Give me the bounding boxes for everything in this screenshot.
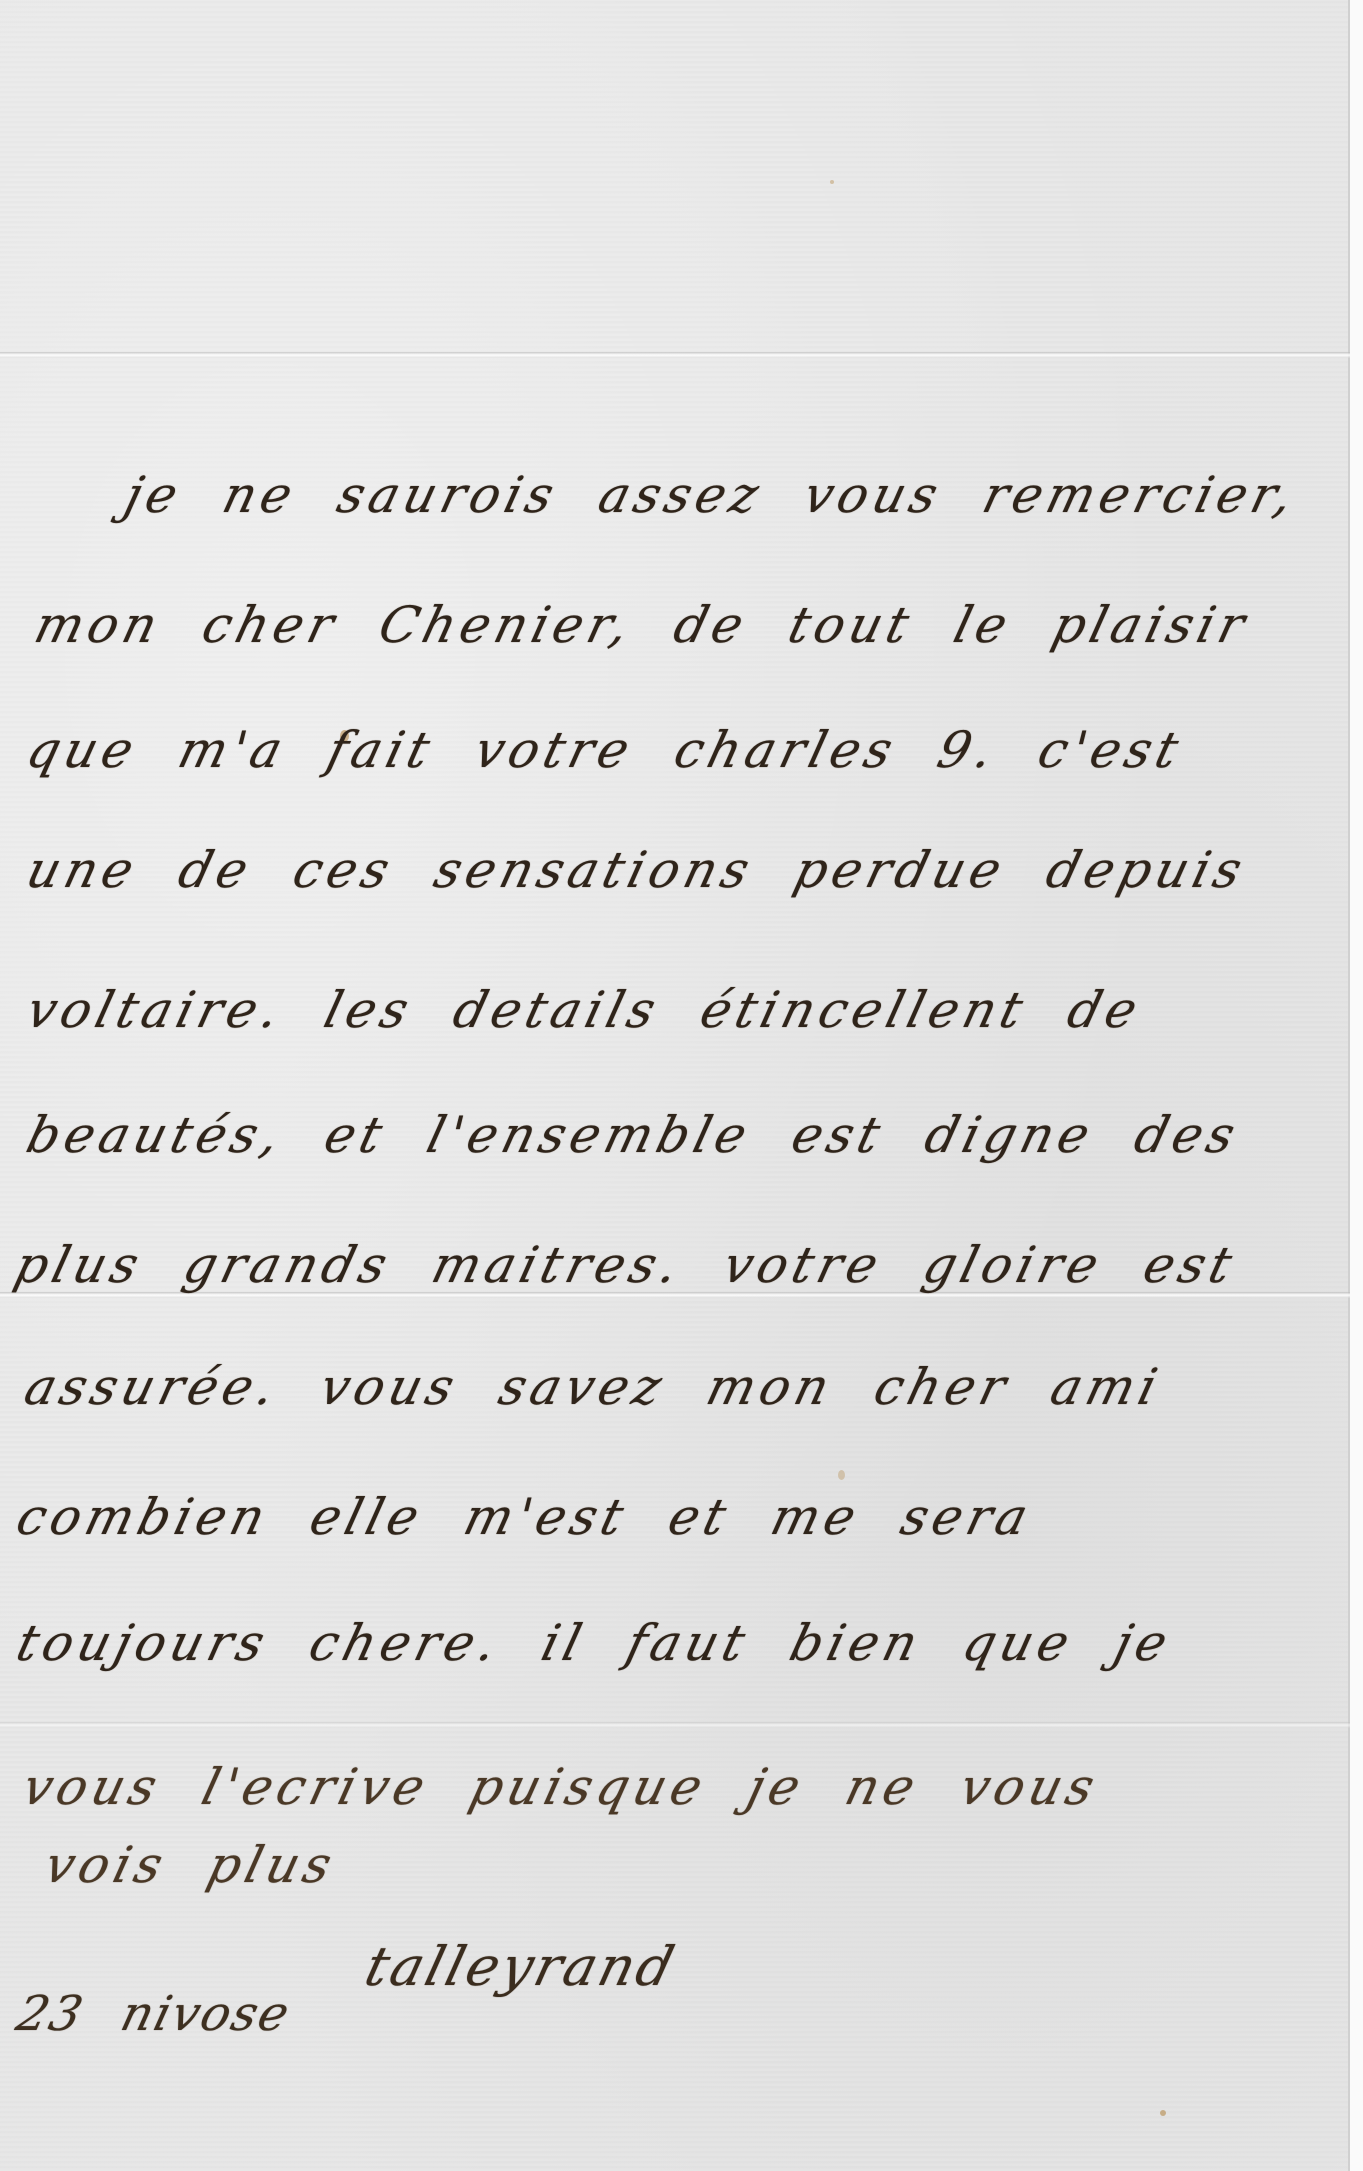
paper-fold (0, 1722, 1350, 1728)
letter-paper: je ne saurois assez vous remercier, mon … (0, 0, 1350, 2171)
letter-line-12: vois plus (40, 1840, 341, 1890)
ink-stain (830, 180, 834, 184)
letter-line-2: mon cher Chenier, de tout le plaisir (30, 600, 1254, 650)
paper-fold (0, 352, 1350, 358)
letter-line-1: je ne saurois assez vous remercier, (120, 470, 1303, 520)
letter-line-5: voltaire. les details étincellent de (22, 985, 1147, 1035)
letter-line-4: une de ces sensations perdue depuis (22, 845, 1251, 895)
letter-date: 23 nivose (12, 1990, 296, 2038)
letter-line-10: toujours chere. il faut bien que je (12, 1618, 1177, 1668)
letter-line-8: assurée. vous savez mon cher ami (20, 1362, 1167, 1412)
letter-line-6: beautés, et l'ensemble est digne des (22, 1110, 1245, 1160)
ink-stain (1160, 2110, 1166, 2116)
letter-line-11: vous l'ecrive puisque je ne vous (18, 1762, 1104, 1812)
scan-margin (1350, 0, 1363, 2171)
letter-line-3: que m'a fait votre charles 9. c'est (22, 725, 1188, 775)
letter-line-9: combien elle m'est et me sera (12, 1492, 1038, 1542)
ink-stain (838, 1470, 845, 1480)
letter-line-7: plus grands maitres. votre gloire est (10, 1240, 1242, 1290)
signature: talleyrand (360, 1940, 682, 1994)
